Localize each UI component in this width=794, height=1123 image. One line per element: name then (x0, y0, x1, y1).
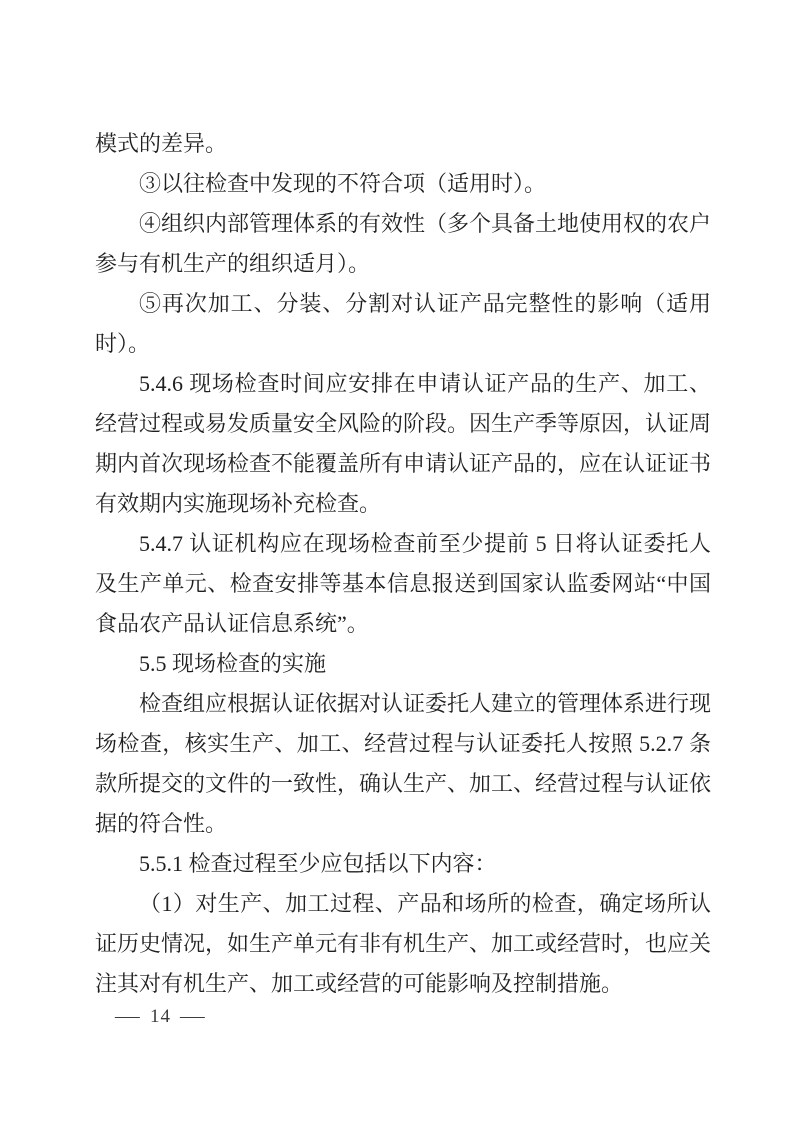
clause-5-4-7: 5.4.7 认证机构应在现场检查前至少提前 5 日将认证委托人及生产单元、检查安… (95, 524, 711, 644)
document-body: 模式的差异。 ③以往检查中发现的不符合项（适用时）。 ④组织内部管理体系的有效性… (95, 124, 711, 1004)
page-footer: —14— (118, 1006, 203, 1028)
clause-5-5-body: 检查组应根据认证依据对认证委托人建立的管理体系进行现场检查，核实生产、加工、经营… (95, 684, 711, 844)
clause-5-4-6: 5.4.6 现场检查时间应安排在申请认证产品的生产、加工、经营过程或易发质量安全… (95, 364, 711, 524)
list-item-4: ④组织内部管理体系的有效性（多个具备土地使用权的农户参与有机生产的组织适月）。 (95, 204, 711, 284)
footer-dash-right: — (180, 1006, 206, 1028)
footer-dash-left: — (115, 1006, 141, 1028)
list-item-3: ③以往检查中发现的不符合项（适用时）。 (95, 164, 711, 204)
page-number: 14 (150, 1006, 171, 1028)
clause-5-5-1: 5.5.1 检查过程至少应包括以下内容： (95, 844, 711, 884)
list-item-5: ⑤再次加工、分装、分割对认证产品完整性的影响（适用时）。 (95, 284, 711, 364)
section-heading-5-5: 5.5 现场检查的实施 (95, 644, 711, 684)
list-item-paren-1: （1）对生产、加工过程、产品和场所的检查，确定场所认证历史情况，如生产单元有非有… (95, 884, 711, 1004)
document-page: 模式的差异。 ③以往检查中发现的不符合项（适用时）。 ④组织内部管理体系的有效性… (0, 0, 794, 1123)
paragraph-continuation: 模式的差异。 (95, 124, 711, 164)
